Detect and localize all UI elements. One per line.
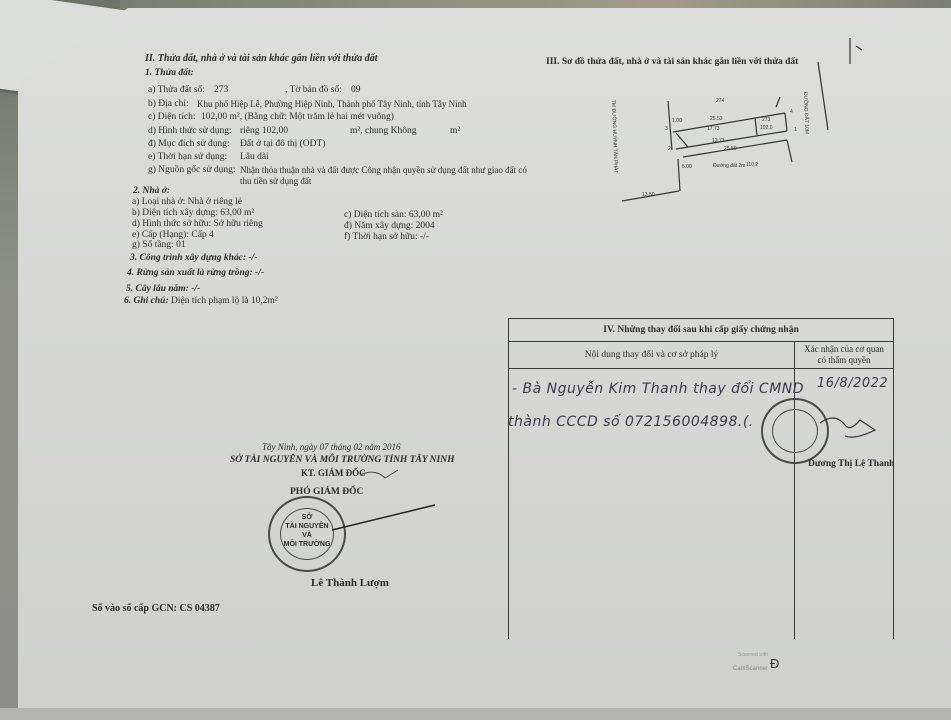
purpose-value: Đất ở tại đô thị (ODT) bbox=[240, 139, 326, 150]
official-stamp-right bbox=[761, 398, 829, 464]
change-entry-line2: thành CCCD số 072156004898.(. bbox=[508, 414, 754, 430]
term-label: e) Thời hạn sử dụng: bbox=[148, 152, 227, 163]
place-date: Tây Ninh, ngày 07 tháng 02 năm 2016 bbox=[262, 442, 401, 453]
official-name: Dương Thị Lệ Thanh bbox=[808, 459, 894, 470]
note: 6. Ghi chú: Diện tích phạm lộ là 10,2m² bbox=[124, 296, 278, 307]
address-value: Khu phố Hiệp Lễ, Phường Hiệp Ninh, Thành… bbox=[197, 99, 467, 110]
use-form-private: riêng 102,00 bbox=[240, 126, 288, 137]
official-stamp-left: SỞ TÀI NGUYÊN VÀ MÔI TRƯỜNG bbox=[268, 496, 346, 572]
use-form-unit: m² bbox=[450, 126, 460, 137]
col-confirm-header: Xác nhận của cơ quan có thẩm quyền bbox=[795, 342, 893, 368]
parcel-value: 273 bbox=[214, 85, 228, 96]
watermark-line1: Scanned with bbox=[738, 650, 768, 661]
origin-label: g) Nguồn gốc sử dụng: bbox=[148, 165, 235, 176]
house-heading: 2. Nhà ở: bbox=[133, 186, 170, 197]
note-label: 6. Ghi chú: bbox=[124, 296, 169, 306]
agency: SỞ TÀI NGUYÊN VÀ MÔI TRƯỜNG TỈNH TÂY NIN… bbox=[230, 455, 454, 466]
changes-table: IV. Những thay đổi sau khi cấp giấy chứn… bbox=[508, 318, 894, 639]
house-ownership: d) Hình thức sở hữu: Sở hữu riêng bbox=[132, 219, 263, 230]
registry-value: CS 04387 bbox=[180, 603, 220, 614]
address-label: b) Địa chỉ: bbox=[148, 99, 189, 110]
other-construction: 3. Công trình xây dựng khác: -/- bbox=[130, 253, 257, 264]
watermark-mark: Đ bbox=[770, 658, 779, 669]
registry: Số vào sổ cấp GCN: CS 04387 bbox=[92, 603, 220, 614]
map-sheet-label: , Tờ bản đồ số: bbox=[285, 85, 342, 96]
land-heading: 1. Thửa đất: bbox=[145, 68, 194, 79]
forest: 4. Rừng sản xuất là rừng trồng: -/- bbox=[127, 268, 264, 279]
registry-label: Số vào sổ cấp GCN: bbox=[92, 603, 177, 614]
section4-title: IV. Những thay đổi sau khi cấp giấy chứn… bbox=[509, 319, 893, 342]
use-form-common: m², chung Không bbox=[350, 126, 416, 137]
house-build-area: b) Diện tích xây dựng: 63,00 m² bbox=[132, 208, 254, 219]
watermark-line2: CamScanner bbox=[733, 664, 768, 675]
signer-name: Lê Thành Lượm bbox=[311, 578, 389, 589]
origin-value-line2: thu tiền sử dụng đất bbox=[240, 176, 311, 187]
change-entry-date: 16/8/2022 bbox=[817, 376, 888, 392]
house-floor-area: c) Diện tích sàn: 63,00 m² bbox=[344, 210, 443, 221]
stamp-text: SỞ TÀI NGUYÊN VÀ MÔI TRƯỜNG bbox=[270, 513, 344, 549]
origin-value-line1: Nhận thỏa thuận nhà và đất được Công nhậ… bbox=[240, 165, 527, 176]
purpose-label: đ) Mục đích sử dụng: bbox=[148, 139, 230, 150]
section3-title: III. Sơ đồ thửa đất, nhà ở và tài sản kh… bbox=[546, 57, 798, 68]
col-content-header: Nội dung thay đổi và cơ sở pháp lý bbox=[509, 342, 795, 368]
note-value: Diện tích phạm lộ là 10,2m² bbox=[171, 296, 278, 306]
house-build-year: đ) Năm xây dựng: 2004 bbox=[344, 221, 435, 232]
section2-title: II. Thửa đất, nhà ở và tài sản khác gắn … bbox=[145, 53, 377, 64]
house-ownership-term: f) Thời hạn sở hữu: -/- bbox=[344, 232, 429, 243]
house-floors: g) Số tầng: 01 bbox=[132, 240, 186, 251]
perennial: 5. Cây lâu năm: -/- bbox=[126, 284, 200, 295]
use-form-label: d) Hình thức sử dụng: bbox=[148, 126, 232, 137]
for-director: KT. GIÁM ĐỐC bbox=[301, 468, 366, 479]
changes-table-header: Nội dung thay đổi và cơ sở pháp lý Xác n… bbox=[509, 342, 893, 369]
term-value: Lâu dài bbox=[240, 152, 269, 163]
change-entry-line1: - Bà Nguyễn Kim Thanh thay đổi CMND bbox=[512, 381, 804, 397]
area-label: c) Diện tích: bbox=[148, 112, 195, 123]
background-bottom bbox=[0, 708, 951, 720]
house-type: a) Loại nhà ở: Nhà ở riêng lẻ bbox=[132, 197, 242, 208]
area-value: 102,00 m², (Bằng chữ: Một trăm lẻ hai mé… bbox=[201, 112, 394, 123]
map-sheet-value: 09 bbox=[351, 85, 361, 96]
parcel-label: a) Thửa đất số: bbox=[148, 85, 205, 96]
